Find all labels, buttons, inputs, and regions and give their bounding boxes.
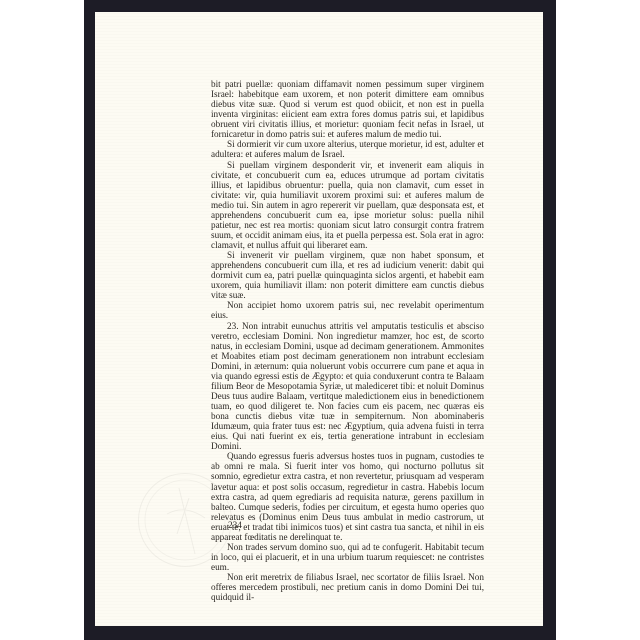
body-text: bit patri puellæ: quoniam diffamavit nom… [211, 79, 484, 602]
paragraph: Non accipiet homo uxorem patris sui, nec… [211, 300, 484, 320]
paragraph: Si dormierit vir cum uxore alterius, ute… [211, 139, 484, 159]
page-number: 234 [228, 520, 242, 530]
paragraph: Si puellam virginem desponderit vir, et … [211, 160, 484, 251]
paragraph: Quando egressus fueris adversus hostes t… [211, 451, 484, 542]
paragraph: Non trades servum domino suo, qui ad te … [211, 542, 484, 572]
paragraph: 23. Non intrabit eunuchus attritis vel a… [211, 321, 484, 452]
paragraph: Non erit meretrix de filiabus Israel, ne… [211, 572, 484, 602]
paragraph: bit patri puellæ: quoniam diffamavit nom… [211, 79, 484, 139]
paragraph: Si invenerit vir puellam virginem, quæ n… [211, 250, 484, 300]
